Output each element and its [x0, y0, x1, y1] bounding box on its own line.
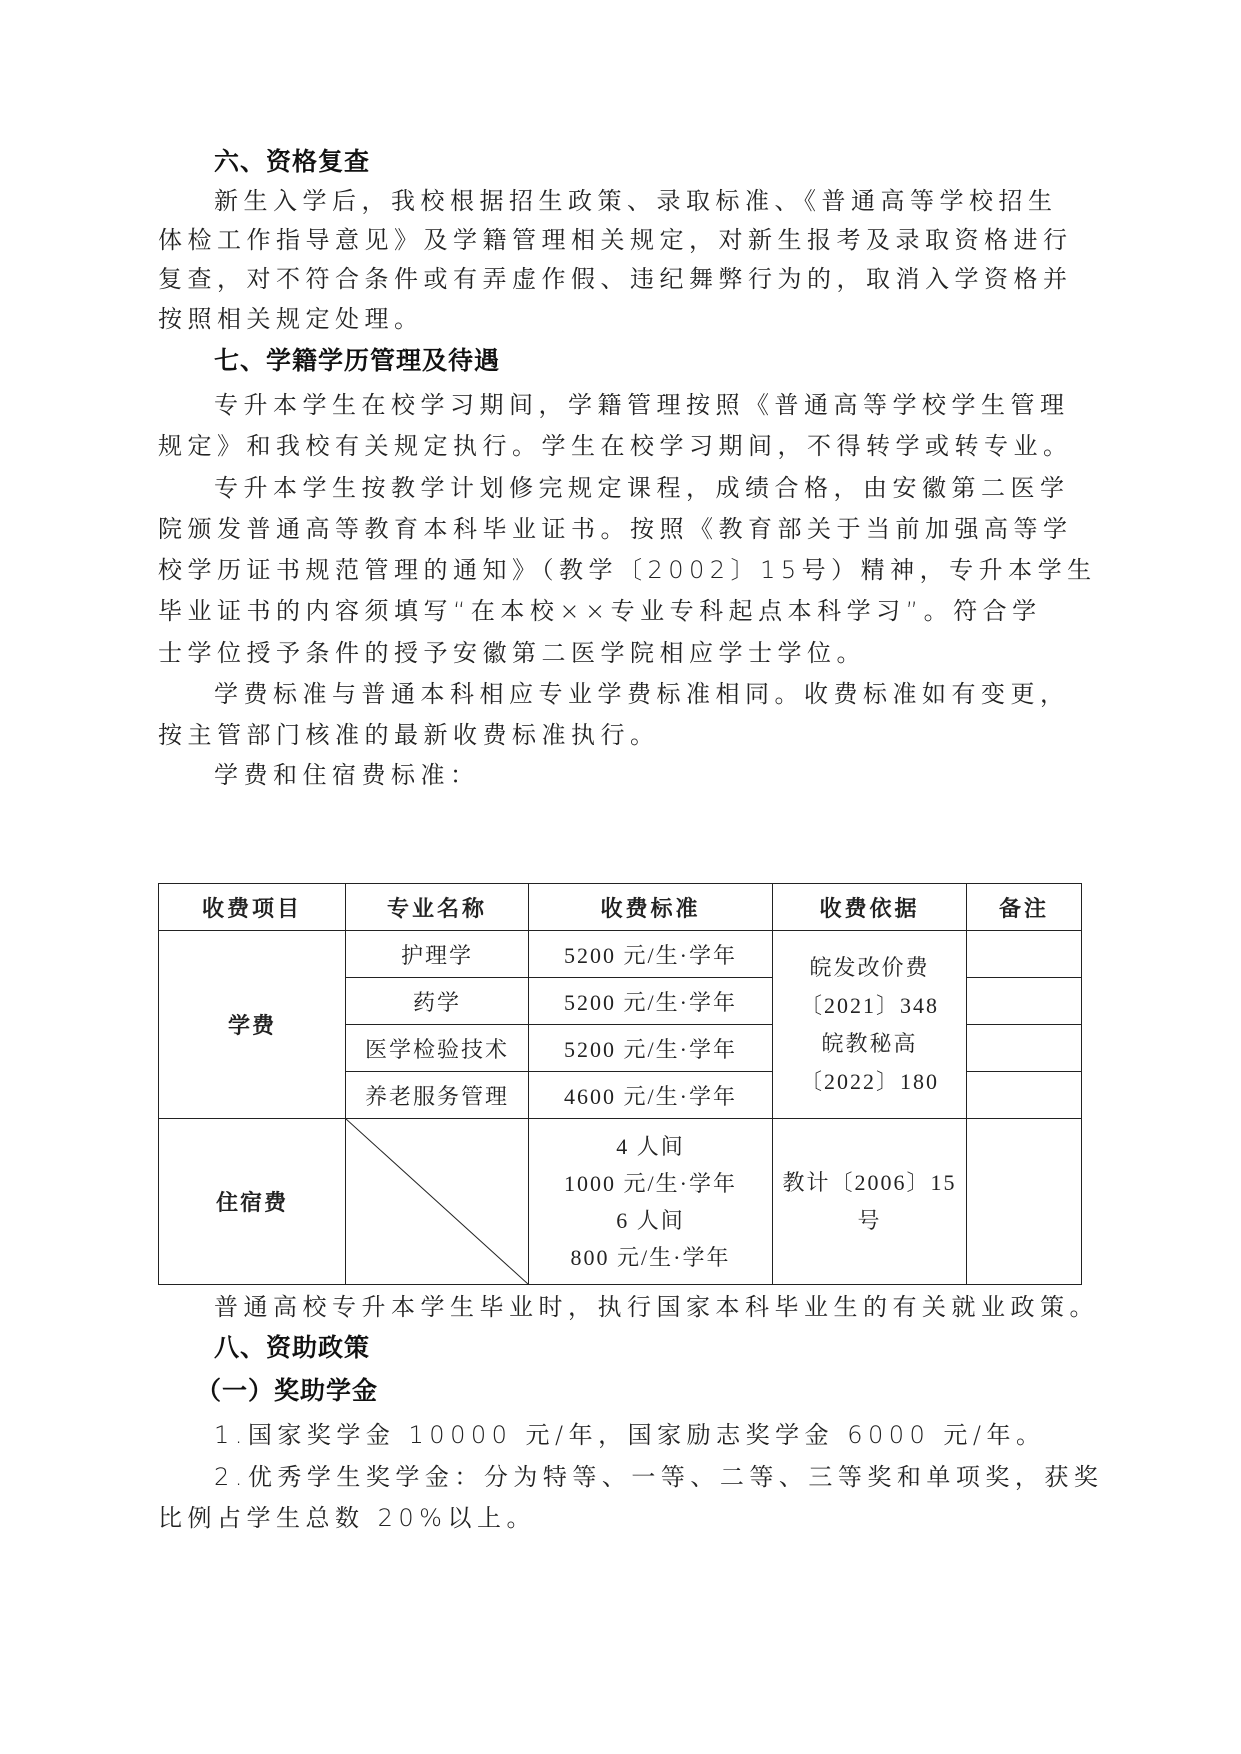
note-cell — [967, 1025, 1082, 1072]
standard-line: 6 人间 — [529, 1202, 772, 1239]
standard-cell: 5200 元/生·学年 — [529, 978, 773, 1025]
major-cell: 护理学 — [346, 931, 529, 978]
subsection-1-heading: （一）奖助学金 — [196, 1376, 378, 1406]
list-item-continuation: 比例占学生总数 20%以上。 — [158, 1503, 1081, 1533]
table-caption: 学费和住宿费标准： — [214, 760, 1137, 790]
paragraph-line: 复查，对不符合条件或有弄虚作假、违纪舞弊行为的，取消入学资格并 — [158, 264, 1081, 294]
standard-cell: 5200 元/生·学年 — [529, 931, 773, 978]
standard-line: 800 元/生·学年 — [529, 1239, 772, 1276]
header-fee-item: 收费项目 — [159, 884, 346, 931]
basis-line: 号 — [773, 1202, 966, 1240]
note-cell — [967, 1072, 1082, 1119]
table-row: 学费 护理学 5200 元/生·学年 皖发改价费 〔2021〕348 皖教秘高 … — [159, 931, 1082, 978]
standard-line: 4 人间 — [529, 1128, 772, 1165]
list-item: 1.国家奖学金 10000 元/年，国家励志奖学金 6000 元/年。 — [214, 1420, 1137, 1450]
basis-line: 〔2021〕348 — [773, 987, 966, 1025]
paragraph-line: 专升本学生在校学习期间，学籍管理按照《普通高等学校学生管理 — [214, 390, 1137, 420]
table-row: 住宿费 4 人间 1000 元/生·学年 6 人间 800 元/生·学年 教计〔… — [159, 1119, 1082, 1285]
paragraph-line: 校学历证书规范管理的通知》（教学〔2002〕15号）精神，专升本学生 — [158, 555, 1081, 585]
fee-table: 收费项目 专业名称 收费标准 收费依据 备注 学费 护理学 5200 元/生·学… — [158, 883, 1082, 1285]
tuition-basis-cell: 皖发改价费 〔2021〕348 皖教秘高 〔2022〕180 — [773, 931, 967, 1119]
dorm-basis-cell: 教计〔2006〕15 号 — [773, 1119, 967, 1285]
table-header-row: 收费项目 专业名称 收费标准 收费依据 备注 — [159, 884, 1082, 931]
paragraph-line: 院颁发普通高等教育本科毕业证书。按照《教育部关于当前加强高等学 — [158, 514, 1081, 544]
paragraph-line: 按照相关规定处理。 — [158, 304, 1081, 334]
dorm-item-cell: 住宿费 — [159, 1119, 346, 1285]
paragraph-line: 按主管部门核准的最新收费标准执行。 — [158, 720, 1081, 750]
basis-line: 〔2022〕180 — [773, 1063, 966, 1101]
standard-cell: 4600 元/生·学年 — [529, 1072, 773, 1119]
basis-line: 皖发改价费 — [773, 949, 966, 987]
standard-line: 1000 元/生·学年 — [529, 1165, 772, 1202]
dorm-note-cell — [967, 1119, 1082, 1285]
paragraph-line: 专升本学生按教学计划修完规定课程，成绩合格，由安徽第二医学 — [214, 473, 1137, 503]
diagonal-line-icon — [346, 1119, 528, 1284]
dorm-major-cell-diagonal — [346, 1119, 529, 1285]
major-cell: 药学 — [346, 978, 529, 1025]
section-7-heading: 七、学籍学历管理及待遇 — [214, 346, 500, 376]
paragraph-line: 体检工作指导意见》及学籍管理相关规定，对新生报考及录取资格进行 — [158, 225, 1081, 255]
header-fee-basis: 收费依据 — [773, 884, 967, 931]
paragraph-line: 士学位授予条件的授予安徽第二医学院相应学士学位。 — [158, 638, 1081, 668]
header-remarks: 备注 — [967, 884, 1082, 931]
tuition-item-cell: 学费 — [159, 931, 346, 1119]
basis-line: 教计〔2006〕15 — [773, 1164, 966, 1202]
note-cell — [967, 931, 1082, 978]
paragraph-line: 普通高校专升本学生毕业时，执行国家本科毕业生的有关就业政策。 — [214, 1292, 1137, 1322]
major-cell: 医学检验技术 — [346, 1025, 529, 1072]
basis-line: 皖教秘高 — [773, 1025, 966, 1063]
section-8-heading: 八、资助政策 — [214, 1333, 370, 1363]
header-major-name: 专业名称 — [346, 884, 529, 931]
paragraph-line: 学费标准与普通本科相应专业学费标准相同。收费标准如有变更， — [214, 679, 1137, 709]
paragraph-line: 新生入学后，我校根据招生政策、录取标准、《普通高等学校招生 — [214, 186, 1137, 216]
paragraph-line: 毕业证书的内容须填写“在本校××专业专科起点本科学习”。符合学 — [158, 596, 1081, 626]
list-item: 2.优秀学生奖学金：分为特等、一等、二等、三等奖和单项奖，获奖 — [214, 1462, 1137, 1492]
document-page: 六、资格复查 新生入学后，我校根据招生政策、录取标准、《普通高等学校招生 体检工… — [0, 0, 1241, 1754]
note-cell — [967, 978, 1082, 1025]
paragraph-line: 规定》和我校有关规定执行。学生在校学习期间，不得转学或转专业。 — [158, 431, 1081, 461]
major-cell: 养老服务管理 — [346, 1072, 529, 1119]
header-fee-standard: 收费标准 — [529, 884, 773, 931]
standard-cell: 5200 元/生·学年 — [529, 1025, 773, 1072]
dorm-standard-cell: 4 人间 1000 元/生·学年 6 人间 800 元/生·学年 — [529, 1119, 773, 1285]
section-6-heading: 六、资格复查 — [214, 147, 370, 177]
